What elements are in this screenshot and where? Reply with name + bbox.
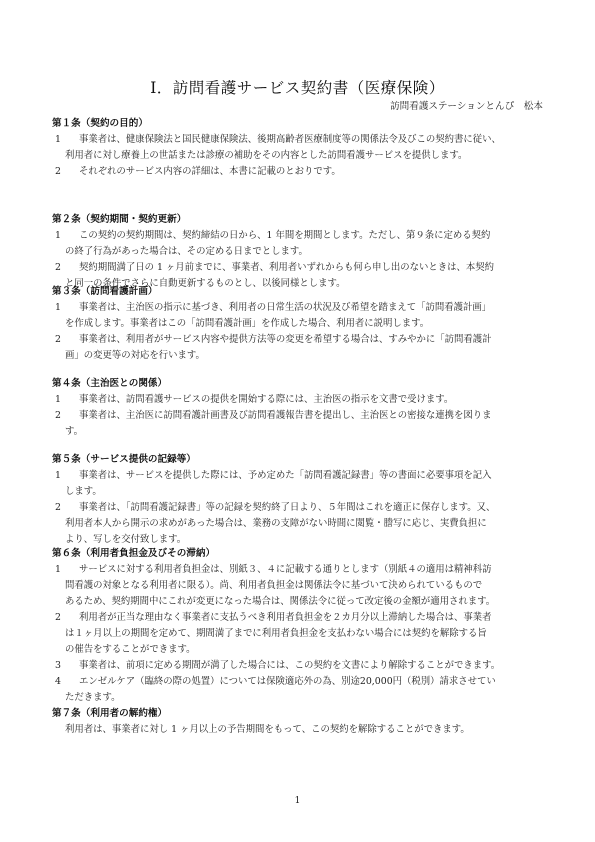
article-1: 第１条（契約の目的）1事業者は、健康保険法と国民健康保険法、後期高齢者医療制度等… <box>52 116 552 180</box>
clause-line: を作成します。事業者はこの「訪問看護計画」を作成した場合、利用者に説明します。 <box>65 316 552 332</box>
article-heading: 第３条（訪問看護計画） <box>52 284 552 300</box>
clause-number: 1 <box>55 392 61 408</box>
article-heading: 第１条（契約の目的） <box>52 116 552 132</box>
clause: 2利用者が正当な理由なく事業者に支払うべき利用者負担金を２カ月分以上滞納した場合… <box>52 610 552 658</box>
clause-line: 契約期間満了日の 1 ヶ月前までに、事業者、利用者いずれからも何ら申し出のないと… <box>65 260 552 276</box>
article-heading: 第７条（利用者の解約権） <box>52 706 552 722</box>
clause-line: あるため、契約期間中にこれが変更になった場合は、関係法令に従って改定後の金額が適… <box>65 594 552 610</box>
document-author: 訪問看護ステーションとんぴ 松本 <box>390 98 543 112</box>
clause-number: 3 <box>55 658 61 674</box>
clause: 1サービスに対する利用者負担金は、別紙３、４に記載する通りとします（別紙４の適用… <box>52 562 552 610</box>
article-5: 第５条（サービス提供の記録等）1事業者は、サービスを提供した際には、予め定めた「… <box>52 452 552 548</box>
clause: 利用者は、事業者に対し 1 ヶ月以上の予告期間をもって、この契約を解除することが… <box>52 722 552 738</box>
article-heading: 第６条（利用者負担金及びその滞納） <box>52 546 552 562</box>
document-title: Ⅰ．訪問看護サービス契約書（医療保険） <box>0 76 595 98</box>
clause: 1事業者は、主治医の指示に基づき、利用者の日常生活の状況及び希望を踏まえて「訪問… <box>52 300 552 332</box>
article-4: 第４条（主治医との関係）1事業者は、訪問看護サービスの提供を開始する際には、主治… <box>52 376 552 440</box>
clause-line: 利用者に対し療養上の世話または診療の補助をその内容とした訪問看護サービスを提供し… <box>65 148 552 164</box>
clause-line: 利用者が正当な理由なく事業者に支払うべき利用者負担金を２カ月分以上滞納した場合は… <box>65 610 552 626</box>
clause-line: 事業者は、主治医の指示に基づき、利用者の日常生活の状況及び希望を踏まえて「訪問看… <box>65 300 552 316</box>
clause-number: 2 <box>55 408 61 424</box>
clause: 3事業者は、前項に定める期間が満了した場合には、この契約を文書により解除すること… <box>52 658 552 674</box>
clause-line: エンゼルケア（臨終の際の処置）については保険適応外の為、別途20,000円（税別… <box>65 674 552 690</box>
clause-line: 利用者本人から開示の求めがあった場合は、業務の支障がない時間に閲覧・謄写に応じ、… <box>65 516 552 532</box>
clause-line: この契約の契約期間は、契約締結の日から、1 年間を期間とします。ただし、第９条に… <box>65 228 552 244</box>
clause: 1事業者は、健康保険法と国民健康保険法、後期高齢者医療制度等の関係法令及びこの契… <box>52 132 552 164</box>
clause-line: 事業者は、健康保険法と国民健康保険法、後期高齢者医療制度等の関係法令及びこの契約… <box>65 132 552 148</box>
article-heading: 第５条（サービス提供の記録等） <box>52 452 552 468</box>
clause-line: の催告をすることができます。 <box>65 642 552 658</box>
clause: 2事業者は、主治医に訪問看護計画書及び訪問看護報告書を提出し、主治医との密接な連… <box>52 408 552 440</box>
clause-number: 4 <box>55 674 61 690</box>
clause-line: 事業者は、訪問看護サービスの提供を開始する際には、主治医の指示を文書で受けます。 <box>65 392 552 408</box>
clause: 4エンゼルケア（臨終の際の処置）については保険適応外の為、別途20,000円（税… <box>52 674 552 706</box>
clause-number: 1 <box>55 228 61 244</box>
clause-line: します。 <box>65 484 552 500</box>
clause-line: の終了行為があった場合は、その定める日までとします。 <box>65 244 552 260</box>
clause-line: 画」の変更等の対応を行います。 <box>65 348 552 364</box>
article-heading: 第２条（契約期間・契約更新） <box>52 212 552 228</box>
clause-line: 問看護の対象となる利用者に限る）。尚、利用者負担金は関係法令に基づいて決められて… <box>65 578 552 594</box>
clause-number: 2 <box>55 500 61 516</box>
clause-line: 事業者は、サービスを提供した際には、予め定めた「訪問看護記録書」等の書面に必要事… <box>65 468 552 484</box>
clause-number: 1 <box>55 300 61 316</box>
clause-line: ただきます。 <box>65 690 552 706</box>
document-page: Ⅰ．訪問看護サービス契約書（医療保険） 訪問看護ステーションとんぴ 松本 第１条… <box>0 0 595 842</box>
clause-line: す。 <box>65 424 552 440</box>
clause-line: サービスに対する利用者負担金は、別紙３、４に記載する通りとします（別紙４の適用は… <box>65 562 552 578</box>
clause-number: 2 <box>55 332 61 348</box>
clause-number: 1 <box>55 562 61 578</box>
clause-number: 2 <box>55 164 61 180</box>
clause-line: 事業者は、主治医に訪問看護計画書及び訪問看護報告書を提出し、主治医との密接な連携… <box>65 408 552 424</box>
clause: 2事業者は、「訪問看護記録書」等の記録を契約終了日より、５年間はこれを適正に保存… <box>52 500 552 548</box>
page-number: 1 <box>0 796 595 806</box>
article-6: 第６条（利用者負担金及びその滞納）1サービスに対する利用者負担金は、別紙３、４に… <box>52 546 552 706</box>
clause-line: 利用者は、事業者に対し 1 ヶ月以上の予告期間をもって、この契約を解除することが… <box>65 722 552 738</box>
clause-line: 事業者は、利用者がサービス内容や提供方法等の変更を希望する場合は、すみやかに「訪… <box>65 332 552 348</box>
clause: 1この契約の契約期間は、契約締結の日から、1 年間を期間とします。ただし、第９条… <box>52 228 552 260</box>
clause: 2それぞれのサービス内容の詳細は、本書に記載のとおりです。 <box>52 164 552 180</box>
clause: 1事業者は、訪問看護サービスの提供を開始する際には、主治医の指示を文書で受けます… <box>52 392 552 408</box>
clause-line: 事業者は、前項に定める期間が満了した場合には、この契約を文書により解除することが… <box>65 658 552 674</box>
clause-line: それぞれのサービス内容の詳細は、本書に記載のとおりです。 <box>65 164 552 180</box>
clause: 1事業者は、サービスを提供した際には、予め定めた「訪問看護記録書」等の書面に必要… <box>52 468 552 500</box>
article-7: 第７条（利用者の解約権）利用者は、事業者に対し 1 ヶ月以上の予告期間をもって、… <box>52 706 552 738</box>
clause-line: は１ヶ月以上の期間を定めて、期間満了までに利用者負担金を支払わない場合には契約を… <box>65 626 552 642</box>
article-3: 第３条（訪問看護計画）1事業者は、主治医の指示に基づき、利用者の日常生活の状況及… <box>52 284 552 364</box>
article-heading: 第４条（主治医との関係） <box>52 376 552 392</box>
clause-line: 事業者は、「訪問看護記録書」等の記録を契約終了日より、５年間はこれを適正に保存し… <box>65 500 552 516</box>
clause-number: 2 <box>55 260 61 276</box>
clause-number: 1 <box>55 468 61 484</box>
article-2: 第２条（契約期間・契約更新）1この契約の契約期間は、契約締結の日から、1 年間を… <box>52 212 552 292</box>
clause-number: 1 <box>55 132 61 148</box>
clause-number: 2 <box>55 610 61 626</box>
clause: 2事業者は、利用者がサービス内容や提供方法等の変更を希望する場合は、すみやかに「… <box>52 332 552 364</box>
